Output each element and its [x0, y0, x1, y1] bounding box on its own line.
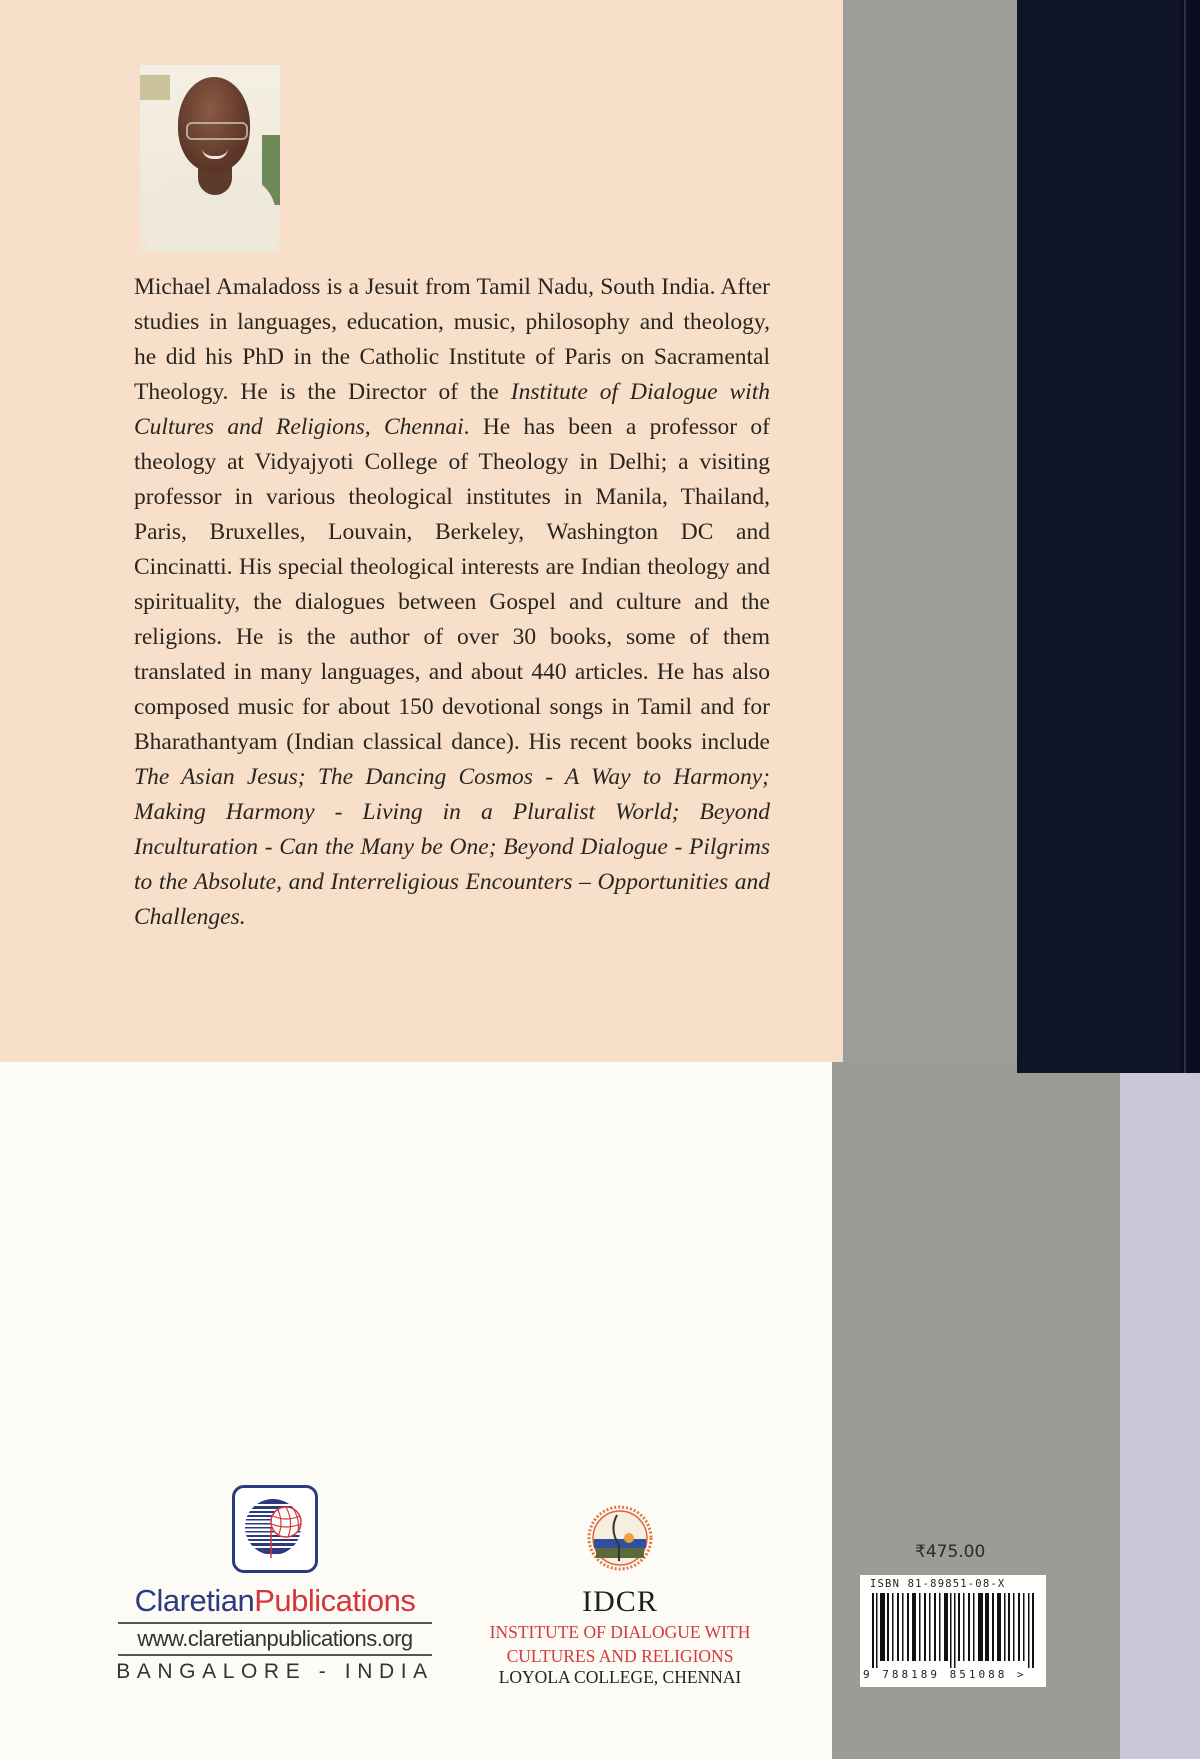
idcr-abbreviation: IDCR: [460, 1585, 780, 1619]
idcr-location: LOYOLA COLLEGE, CHENNAI: [460, 1667, 780, 1688]
claretian-publications-logo: ClaretianPublications www.claretianpubli…: [110, 1485, 440, 1684]
barcode-digits: 9 788189 851088 >: [863, 1668, 1027, 1681]
claretian-brand-name: ClaretianPublications: [110, 1583, 440, 1619]
author-photo: [140, 65, 280, 252]
author-bio: Michael Amaladoss is a Jesuit from Tamil…: [134, 270, 770, 935]
idcr-name-line-2: CULTURES AND RELIGIONS: [460, 1646, 780, 1667]
cover-lavender-block: [1120, 1073, 1200, 1759]
idcr-name-line-1: INSTITUTE OF DIALOGUE WITH: [460, 1622, 780, 1643]
bio-text-2: . He has been a professor of theology at…: [134, 414, 770, 755]
claretian-globe-icon: [232, 1485, 318, 1573]
isbn-barcode: ISBN 81-89851-08-X 9 788189 851088 >: [860, 1575, 1046, 1687]
isbn-number: ISBN 81-89851-08-X: [870, 1578, 1005, 1590]
cover-grey-stripe-top: [843, 0, 1031, 1062]
barcode-bars-icon: [872, 1593, 1040, 1668]
idcr-logo: IDCR INSTITUTE OF DIALOGUE WITH CULTURES…: [460, 1505, 780, 1688]
cover-navy-block: [1017, 0, 1200, 1073]
bio-book-titles: The Asian Jesus; The Dancing Cosmos - A …: [134, 764, 770, 930]
claretian-location: BANGALORE - INDIA: [110, 1660, 440, 1684]
book-price: ₹475.00: [915, 1542, 985, 1562]
claretian-website: www.claretianpublications.org: [118, 1622, 432, 1656]
idcr-seal-icon: [587, 1505, 653, 1571]
